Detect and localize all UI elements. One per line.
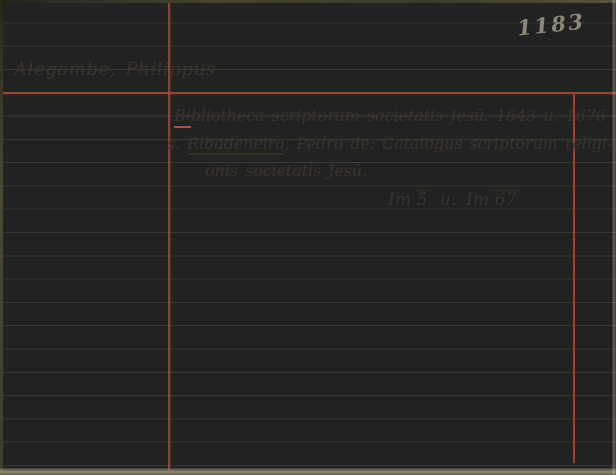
title-line-text: bliotheca scriptorum societatis Jesū. 16… [191,106,606,125]
shelfmark-prefix-1: Im [388,190,412,210]
shelfmark-number-2: 67 [494,190,520,210]
shelfmark-number-1: 5 [416,190,431,210]
card-top-edge [0,0,616,3]
shelfmark-line: Im5u.Im67 [388,190,520,210]
card-right-edge [612,0,616,475]
catalog-card: Alegambe, Philippus 1183 Bibliotheca scr… [0,0,616,475]
continuation-line: onis societatis Jesū. [205,161,367,180]
shelfmark-conjunction: u. [440,190,457,210]
reference-line-text: , Pedro de: Catalogus scriptorum religi- [285,134,612,153]
reference-prefix: s. [167,134,187,153]
title-underlined-letters: Bi [174,106,191,128]
reference-underlined-name: Ribadeneira [187,134,285,155]
card-left-edge [0,0,3,475]
red-head-rule [0,92,616,94]
reference-line: s. Ribadeneira, Pedro de: Catalogus scri… [167,134,612,153]
scanned-catalog-card-page: Alegambe, Philippus 1183 Bibliotheca scr… [0,0,616,475]
title-line: Bibliotheca scriptorum societatis Jesū. … [174,106,606,125]
card-bottom-edge [0,468,616,475]
shelfmark-prefix-2: Im [466,190,490,210]
author-heading: Alegambe, Philippus [14,59,216,80]
